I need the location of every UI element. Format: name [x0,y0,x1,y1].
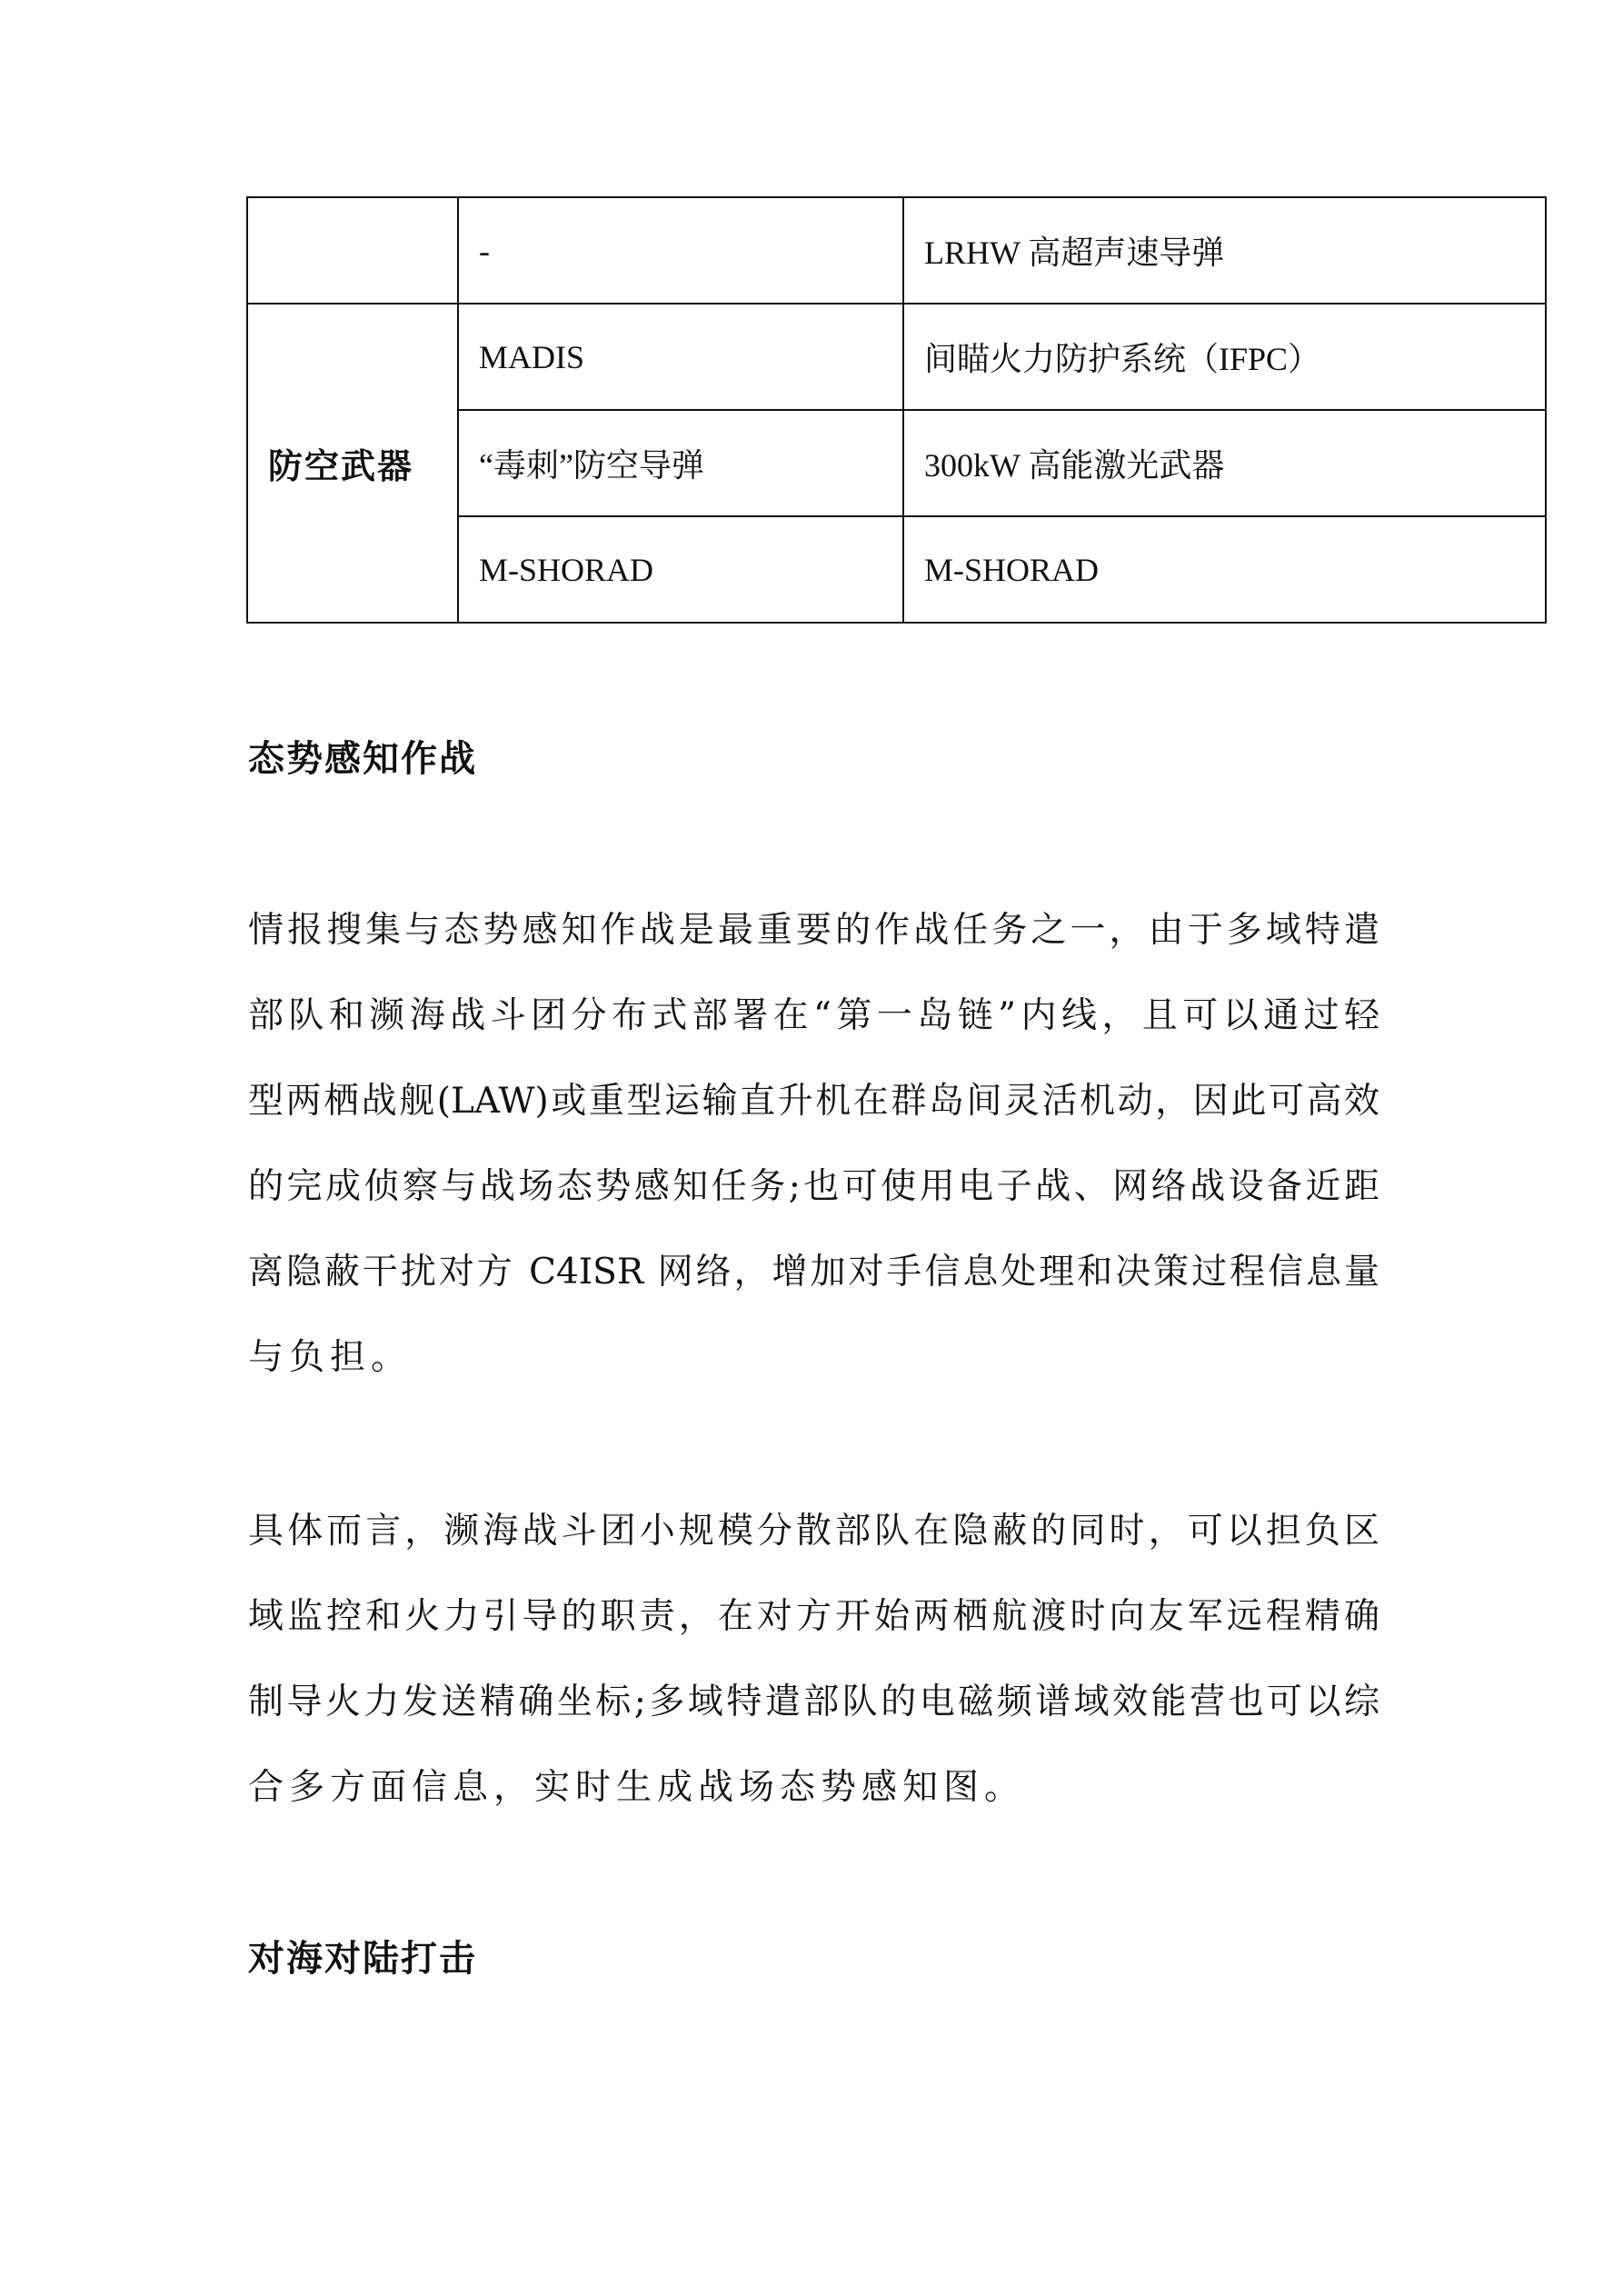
paragraph-line: 的完成侦察与战场态势感知任务;也可使用电子战、网络战设备近距 [248,1144,1379,1230]
table-cell: 300kW 高能激光武器 [903,410,1546,516]
paragraph-line: 合多方面信息，实时生成战场态势感知图。 [248,1745,1379,1831]
paragraph-line: 域监控和火力引导的职责，在对方开始两栖航渡时向友军远程精确 [248,1574,1379,1660]
table-cell: M-SHORAD [458,516,903,623]
paragraph-line: 情报搜集与态势感知作战是最重要的作战任务之一，由于多域特遣 [248,888,1379,973]
table-cell-category: 防空武器 [247,304,458,623]
weapons-table: - LRHW 高超声速导弹 防空武器 MADIS 间瞄火力防护系统（IFPC） … [246,196,1547,624]
paragraph-line: 具体而言，濒海战斗团小规模分散部队在隐蔽的同时，可以担负区 [248,1489,1379,1574]
paragraph-line: 部队和濒海战斗团分布式部署在“第一岛链”内线，且可以通过轻 [248,973,1379,1059]
table-cell: M-SHORAD [903,516,1546,623]
paragraph-line: 型两栖战舰(LAW)或重型运输直升机在群岛间灵活机动，因此可高效 [248,1059,1379,1144]
document-page: - LRHW 高超声速导弹 防空武器 MADIS 间瞄火力防护系统（IFPC） … [0,0,1623,2296]
paragraph: 具体而言，濒海战斗团小规模分散部队在隐蔽的同时，可以担负区 域监控和火力引导的职… [248,1489,1379,1831]
paragraph-line: 与负担。 [248,1315,1379,1401]
table-row: - LRHW 高超声速导弹 [247,197,1546,304]
table-cell: - [458,197,903,304]
table-row: 防空武器 MADIS 间瞄火力防护系统（IFPC） [247,304,1546,410]
table-cell: 间瞄火力防护系统（IFPC） [903,304,1546,410]
section-heading: 对海对陆打击 [248,1937,477,1981]
table-cell-category [247,197,458,304]
paragraph-line: 离隐蔽干扰对方 C4ISR 网络，增加对手信息处理和决策过程信息量 [248,1230,1379,1315]
table-cell: LRHW 高超声速导弹 [903,197,1546,304]
section-heading: 态势感知作战 [248,737,477,781]
paragraph-line: 制导火力发送精确坐标;多域特遣部队的电磁频谱域效能营也可以综 [248,1660,1379,1745]
table-cell: MADIS [458,304,903,410]
paragraph: 情报搜集与态势感知作战是最重要的作战任务之一，由于多域特遣 部队和濒海战斗团分布… [248,888,1379,1401]
table-cell: “毒刺”防空导弹 [458,410,903,516]
